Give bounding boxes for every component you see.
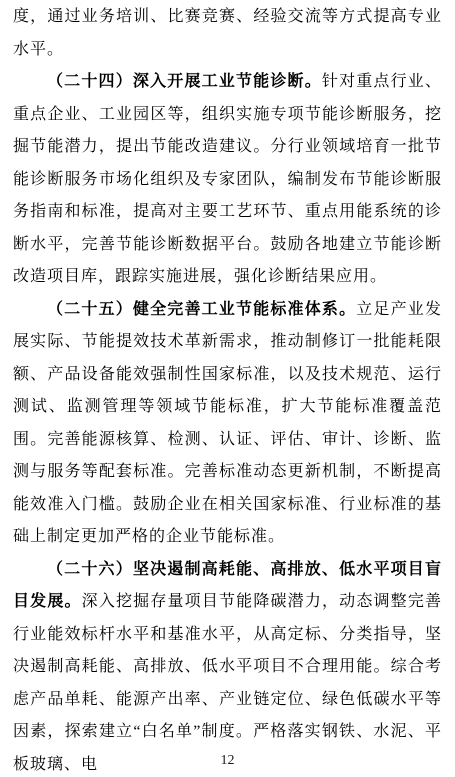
paragraph-24: （二十四）深入开展工业节能诊断。针对重点行业、重点企业、工业园区等，组织实施专项… bbox=[13, 66, 442, 294]
paragraph-text: 深入挖掘存量项目节能降碳潜力，动态调整完善行业能效标杆水平和基准水平，从高定标、… bbox=[13, 593, 442, 773]
paragraph-text: 针对重点行业、重点企业、工业园区等，组织实施专项节能诊断服务，挖掘节能潜力，提出… bbox=[13, 73, 442, 285]
section-heading: （二十五）健全完善工业节能标准体系。 bbox=[47, 301, 356, 318]
paragraph-text: 度，通过业务培训、比赛竞赛、经验交流等方式提高专业水平。 bbox=[13, 8, 442, 58]
paragraph-continuation: 度，通过业务培训、比赛竞赛、经验交流等方式提高专业水平。 bbox=[13, 1, 442, 66]
document-page: 度，通过业务培训、比赛竞赛、经验交流等方式提高专业水平。 （二十四）深入开展工业… bbox=[0, 0, 455, 777]
paragraph-26: （二十六）坚决遏制高耗能、高排放、低水平项目盲目发展。深入挖掘存量项目节能降碳潜… bbox=[13, 554, 442, 777]
paragraph-text: 立足产业发展实际、节能提效技术革新需求，推动制修订一批能耗限额、产品设备能效强制… bbox=[13, 301, 442, 546]
document-body: 度，通过业务培训、比赛竞赛、经验交流等方式提高专业水平。 （二十四）深入开展工业… bbox=[0, 0, 455, 777]
page-number: 12 bbox=[0, 753, 455, 769]
section-heading: （二十四）深入开展工业节能诊断。 bbox=[47, 73, 322, 90]
paragraph-25: （二十五）健全完善工业节能标准体系。立足产业发展实际、节能提效技术革新需求，推动… bbox=[13, 294, 442, 554]
